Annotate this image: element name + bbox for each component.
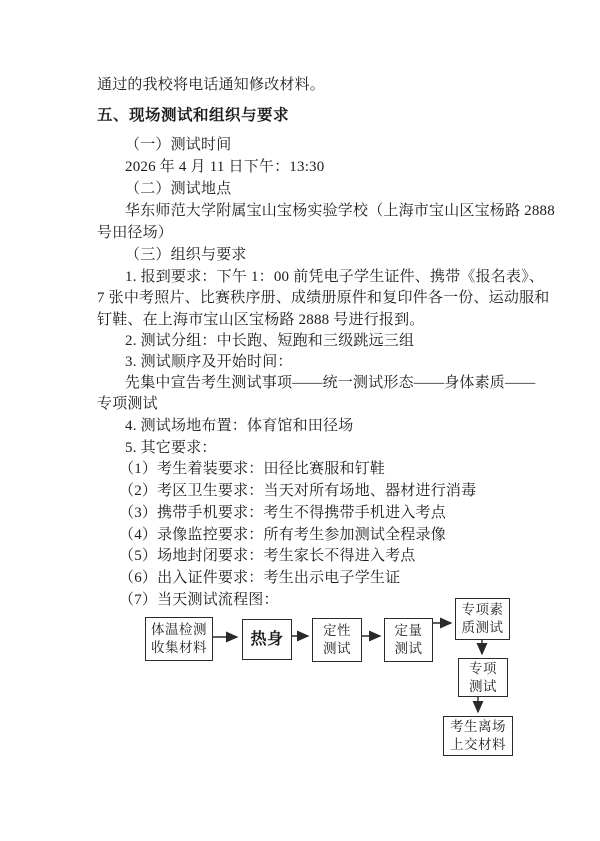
req-line-2: （2）考区卫生要求：当天对所有场地、器材进行消毒 bbox=[97, 481, 476, 501]
item3-line: 3. 测试顺序及开始时间： bbox=[97, 352, 293, 372]
flow-box-quantitative-test: 定量 测试 bbox=[384, 618, 433, 662]
req-line-6: （6）出入证件要求：考生出示电子学生证 bbox=[97, 568, 400, 588]
address-line-1: 华东师范大学附属宝山宝杨实验学校（上海市宝山区宝杨路 2888 bbox=[97, 201, 555, 221]
item2-line: 2. 测试分组：中长跑、短跑和三级跳远三组 bbox=[97, 331, 414, 351]
req-line-5: （5）场地封闭要求：考生家长不得进入考点 bbox=[97, 546, 416, 566]
flow-box-special-test: 专项 测试 bbox=[458, 658, 508, 697]
item3-detail-1: 先集中宣告考生测试事项——统一测试形态——身体素质—— bbox=[97, 373, 535, 393]
sub-heading-1: （一）测试时间 bbox=[97, 135, 231, 155]
test-time-line: 2026 年 4 月 11 日下午：13:30 bbox=[97, 157, 324, 177]
sub-heading-3: （三）组织与要求 bbox=[97, 245, 247, 265]
address-line-2: 号田径场） bbox=[97, 223, 173, 243]
item4-line: 4. 测试场地布置：体育馆和田径场 bbox=[97, 416, 353, 436]
item1-line-3: 钉鞋、在上海市宝山区宝杨路 2888 号进行报到。 bbox=[97, 310, 425, 330]
flow-box-temperature-check: 体温检测 收集材料 bbox=[145, 617, 213, 661]
item1-line-2: 7 张中考照片、比赛秩序册、成绩册原件和复印件各一份、运动服和 bbox=[97, 288, 549, 308]
req-line-7: （7）当天测试流程图： bbox=[97, 590, 279, 610]
document-page: 通过的我校将电话通知修改材料。 五、现场测试和组织与要求 （一）测试时间 202… bbox=[0, 0, 600, 841]
section-heading: 五、现场测试和组织与要求 bbox=[97, 106, 289, 126]
flow-box-qualitative-test: 定性 测试 bbox=[312, 618, 362, 662]
item3-detail-2: 专项测试 bbox=[97, 394, 158, 414]
sub-heading-2: （二）测试地点 bbox=[97, 179, 231, 199]
item1-line-1: 1. 报到要求：下午 1：00 前凭电子学生证件、携带《报名表》、 bbox=[97, 267, 544, 287]
body-line-1: 通过的我校将电话通知修改材料。 bbox=[97, 75, 325, 95]
flow-box-special-quality: 专项素 质测试 bbox=[455, 598, 510, 640]
req-line-4: （4）录像监控要求：所有考生参加测试全程录像 bbox=[97, 525, 446, 545]
flow-box-warmup: 热身 bbox=[242, 619, 292, 660]
req-line-1: （1）考生着装要求：田径比赛服和钉鞋 bbox=[97, 459, 385, 479]
req-line-3: （3）携带手机要求：考生不得携带手机进入考点 bbox=[97, 503, 446, 523]
item5-line: 5. 其它要求： bbox=[97, 438, 217, 458]
flow-box-leave-and-submit: 考生离场 上交材料 bbox=[443, 716, 513, 756]
